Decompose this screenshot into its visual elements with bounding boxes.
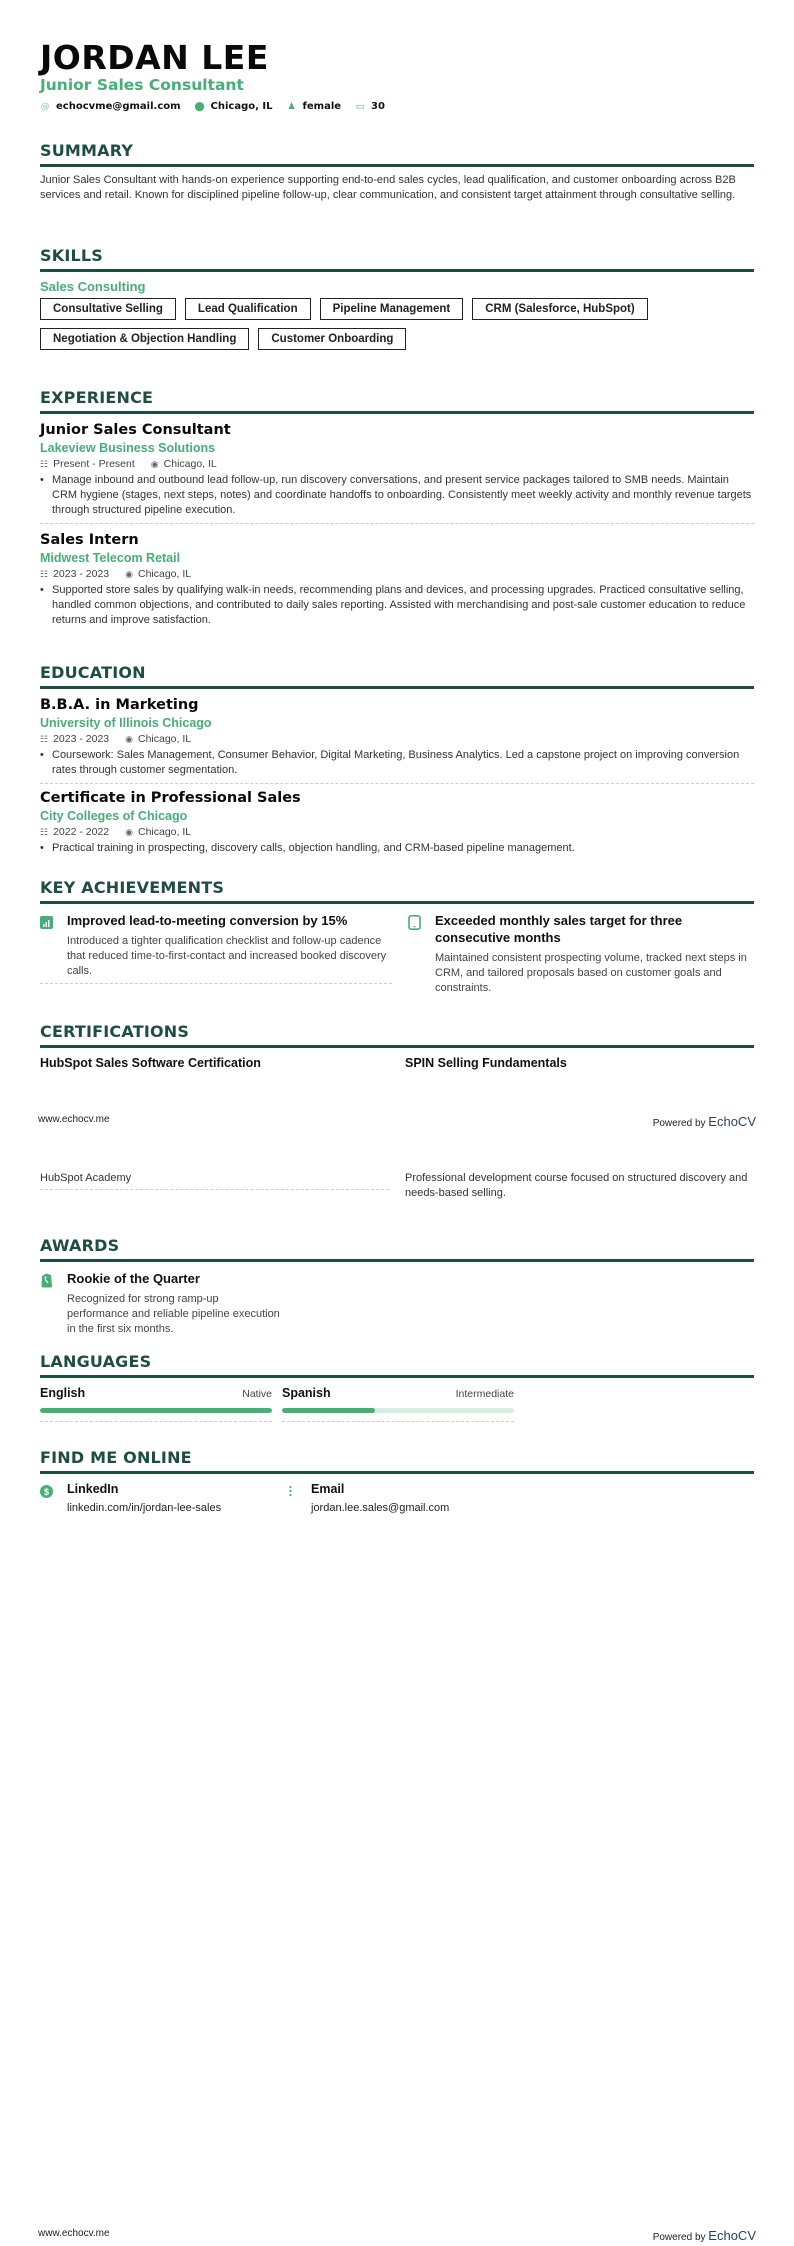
degree-title: B.B.A. in Marketing [40, 697, 754, 713]
online-label: Email [311, 1482, 449, 1496]
candidate-headline: Junior Sales Consultant [40, 76, 244, 94]
language-item: English Native [40, 1386, 272, 1422]
skill-chip: Negotiation & Objection Handling [40, 328, 249, 350]
achievement-title: Improved lead-to-meeting conversion by 1… [67, 912, 392, 929]
vertical-dots-icon [284, 1484, 297, 1499]
map-pin-icon: ◉ [125, 569, 133, 580]
skills-section: SKILLS Sales Consulting Consultative Sel… [40, 246, 754, 350]
section-title: FIND ME ONLINE [40, 1448, 754, 1467]
experience-section: EXPERIENCE Junior Sales Consultant Lakev… [40, 388, 754, 628]
footer-website[interactable]: www.echocv.me [38, 1114, 110, 1129]
certification-desc: HubSpot Academy [40, 1171, 389, 1186]
person-icon: ♟ [287, 102, 297, 112]
section-divider [40, 269, 754, 272]
language-level: Native [242, 1388, 272, 1400]
entry-meta: ☷2023 - 2023 ◉Chicago, IL [40, 733, 754, 745]
experience-entry: Sales Intern Midwest Telecom Retail ☷202… [40, 532, 754, 628]
entry-bullet: •Practical training in prospecting, disc… [40, 841, 754, 856]
skill-chips: Consultative Selling Lead Qualification … [40, 298, 760, 350]
entry-divider [40, 983, 392, 984]
skill-group-title: Sales Consulting [40, 279, 754, 294]
summary-section: SUMMARY Junior Sales Consultant with han… [40, 141, 754, 203]
brand-logo: EchoCV [708, 2228, 756, 2243]
map-pin-icon: ⬤ [195, 102, 205, 112]
section-title: EXPERIENCE [40, 388, 754, 407]
at-icon: @ [40, 102, 50, 112]
calendar-icon: ☷ [40, 734, 48, 745]
awards-section: AWARDS Rookie of the Quarter Recognized … [40, 1236, 754, 1337]
certification-name: SPIN Selling Fundamentals [405, 1056, 754, 1070]
summary-text: Junior Sales Consultant with hands-on ex… [40, 173, 754, 203]
achievement-item: Improved lead-to-meeting conversion by 1… [40, 912, 392, 996]
company-name: Midwest Telecom Retail [40, 551, 754, 565]
education-entry: Certificate in Professional Sales City C… [40, 790, 754, 856]
candidate-name: JORDAN LEE [40, 38, 269, 77]
contact-row: @echocvme@gmail.com ⬤Chicago, IL ♟female… [40, 101, 385, 112]
award-tag-icon [40, 1273, 53, 1288]
page-footer: www.echocv.me Powered by EchoCV [38, 2228, 756, 2243]
page-footer: www.echocv.me Powered by EchoCV [38, 1114, 756, 1129]
skill-chip: Customer Onboarding [258, 328, 406, 350]
section-divider [40, 1471, 754, 1474]
online-section: FIND ME ONLINE $ LinkedIn linkedin.com/i… [40, 1448, 754, 1514]
section-divider [40, 1375, 754, 1378]
achievement-title: Exceeded monthly sales target for three … [435, 912, 754, 946]
section-title: EDUCATION [40, 663, 754, 682]
award-item: Rookie of the Quarter Recognized for str… [40, 1270, 280, 1337]
skill-chip: Pipeline Management [320, 298, 464, 320]
school-name: City Colleges of Chicago [40, 809, 754, 823]
contact-gender: ♟female [287, 101, 342, 112]
job-title: Sales Intern [40, 532, 754, 548]
award-desc: Recognized for strong ramp-up performanc… [67, 1292, 280, 1337]
svg-text:$: $ [44, 1487, 49, 1497]
section-title: KEY ACHIEVEMENTS [40, 878, 754, 897]
degree-title: Certificate in Professional Sales [40, 790, 754, 806]
map-pin-icon: ◉ [151, 459, 159, 470]
section-title: SUMMARY [40, 141, 754, 160]
job-title: Junior Sales Consultant [40, 422, 754, 438]
entry-meta: ☷Present - Present ◉Chicago, IL [40, 458, 754, 470]
section-title: SKILLS [40, 246, 754, 265]
language-name: English [40, 1386, 85, 1400]
skill-chip: CRM (Salesforce, HubSpot) [472, 298, 648, 320]
achievement-desc: Introduced a tighter qualification check… [67, 934, 392, 979]
entry-divider [40, 783, 754, 784]
certification-name: HubSpot Sales Software Certification [40, 1056, 389, 1070]
online-label: LinkedIn [67, 1482, 221, 1496]
online-item-linkedin[interactable]: $ LinkedIn linkedin.com/in/jordan-lee-sa… [40, 1482, 272, 1514]
online-value[interactable]: jordan.lee.sales@gmail.com [311, 1502, 449, 1514]
award-title: Rookie of the Quarter [67, 1270, 280, 1287]
language-name: Spanish [282, 1386, 331, 1400]
calendar-icon: ▭ [355, 102, 365, 112]
entry-meta: ☷2023 - 2023 ◉Chicago, IL [40, 568, 754, 580]
section-divider [40, 164, 754, 167]
entry-divider [40, 1189, 389, 1190]
contact-age: ▭30 [355, 101, 385, 112]
school-name: University of Illinois Chicago [40, 716, 754, 730]
dollar-circle-icon: $ [40, 1484, 53, 1499]
online-item-email[interactable]: Email jordan.lee.sales@gmail.com [284, 1482, 516, 1514]
skill-chip: Consultative Selling [40, 298, 176, 320]
contact-location: ⬤Chicago, IL [195, 101, 273, 112]
calendar-icon: ☷ [40, 827, 48, 838]
calendar-icon: ☷ [40, 459, 48, 470]
section-divider [40, 1259, 754, 1262]
entry-divider [40, 523, 754, 524]
certification-desc: Professional development course focused … [405, 1171, 754, 1201]
entry-divider [282, 1421, 514, 1422]
map-pin-icon: ◉ [125, 827, 133, 838]
mobile-phone-icon [408, 915, 421, 930]
company-name: Lakeview Business Solutions [40, 441, 754, 455]
entry-bullet: •Manage inbound and outbound lead follow… [40, 473, 754, 518]
achievement-item: Exceeded monthly sales target for three … [408, 912, 754, 996]
bar-chart-icon [40, 915, 53, 930]
achievement-desc: Maintained consistent prospecting volume… [435, 951, 754, 996]
section-title: LANGUAGES [40, 1352, 754, 1371]
entry-divider [40, 1421, 272, 1422]
section-title: CERTIFICATIONS [40, 1022, 754, 1041]
calendar-icon: ☷ [40, 569, 48, 580]
brand-logo: EchoCV [708, 1114, 756, 1129]
language-proficiency-bar [282, 1408, 514, 1413]
entry-bullet: •Supported store sales by qualifying wal… [40, 583, 754, 628]
languages-section: LANGUAGES English Native Spanish Interme… [40, 1352, 754, 1422]
contact-email[interactable]: @echocvme@gmail.com [40, 101, 181, 112]
section-title: AWARDS [40, 1236, 754, 1255]
language-item: Spanish Intermediate [282, 1386, 514, 1422]
online-value[interactable]: linkedin.com/in/jordan-lee-sales [67, 1502, 221, 1514]
entry-bullet: •Coursework: Sales Management, Consumer … [40, 748, 754, 778]
map-pin-icon: ◉ [125, 734, 133, 745]
experience-entry: Junior Sales Consultant Lakeview Busines… [40, 422, 754, 524]
footer-powered-by: Powered by EchoCV [653, 2228, 756, 2243]
section-divider [40, 1045, 754, 1048]
certifications-section: CERTIFICATIONS HubSpot Sales Software Ce… [40, 1022, 754, 1070]
certifications-continued: HubSpot Academy Professional development… [40, 1171, 754, 1201]
footer-powered-by: Powered by EchoCV [653, 1114, 756, 1129]
entry-meta: ☷2022 - 2022 ◉Chicago, IL [40, 826, 754, 838]
achievements-section: KEY ACHIEVEMENTS Improved lead-to-meetin… [40, 878, 754, 996]
footer-website[interactable]: www.echocv.me [38, 2228, 110, 2243]
language-level: Intermediate [456, 1388, 514, 1400]
section-divider [40, 901, 754, 904]
education-section: EDUCATION B.B.A. in Marketing University… [40, 663, 754, 856]
language-proficiency-bar [40, 1408, 272, 1413]
section-divider [40, 411, 754, 414]
education-entry: B.B.A. in Marketing University of Illino… [40, 697, 754, 784]
section-divider [40, 686, 754, 689]
skill-chip: Lead Qualification [185, 298, 311, 320]
